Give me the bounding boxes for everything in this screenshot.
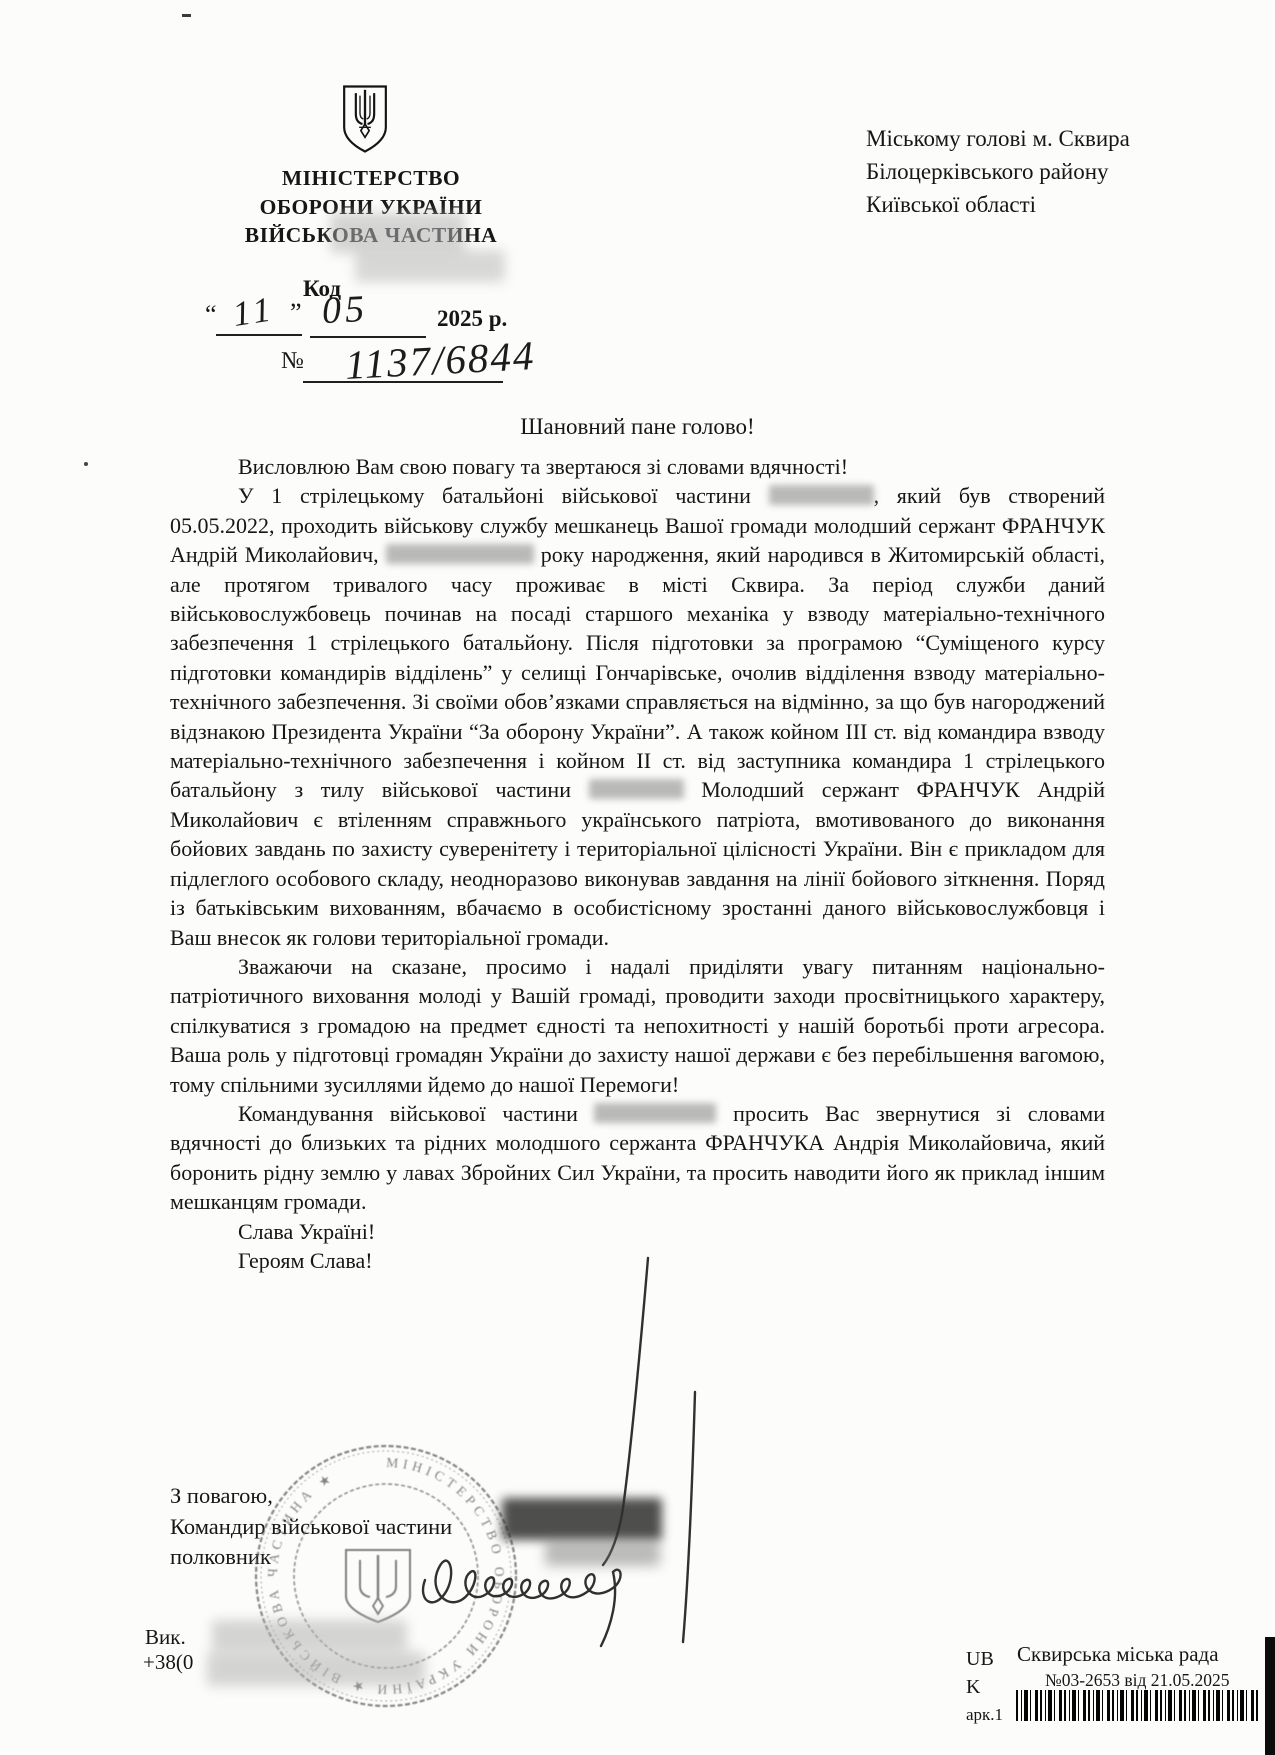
redaction-phone-number	[207, 1652, 425, 1686]
registration-number: №03-2653 від 21.05.2025	[1045, 1670, 1230, 1691]
body-text: Молодший сержант ФРАНЧУК Андрій Миколайо…	[170, 777, 1105, 949]
scanned-letter-page: МІНІСТЕРСТВО ОБОРОНИ УКРАЇНИ ВІЙСЬКОВА Ч…	[0, 0, 1275, 1755]
handwritten-signature	[395, 1250, 725, 1650]
salutation: Шановний пане голово!	[170, 414, 1105, 440]
body-text: Висловлюю Вам свою повагу та звертаюся з…	[238, 454, 848, 479]
body-text: Командування військової частини	[238, 1101, 578, 1126]
scan-speck	[182, 14, 191, 17]
redaction-box	[589, 779, 684, 799]
body-paragraph: Командування військової частини просить …	[170, 1099, 1105, 1217]
registration-code-line: K	[966, 1673, 1003, 1701]
redaction-box	[594, 1103, 716, 1123]
recipient-address: Міському голові м. Сквира Білоцерківсько…	[866, 122, 1130, 221]
closing-line: Слава Україні!	[170, 1217, 1105, 1246]
body-text: року народження, який народився в Житоми…	[170, 542, 1105, 802]
registration-codes: UB K арк.1	[966, 1645, 1003, 1729]
handwritten-month: 05	[321, 287, 369, 333]
redaction-executor-name	[212, 1620, 407, 1652]
org-line: МІНІСТЕРСТВО	[228, 164, 514, 193]
phone-line: +38(0	[143, 1650, 193, 1675]
scan-edge-artifact	[1265, 1637, 1275, 1755]
date-year: 2025 р.	[437, 306, 507, 332]
barcode	[1016, 1690, 1260, 1721]
redaction-code-smudge	[330, 213, 465, 253]
redaction-box	[769, 485, 874, 505]
body-text: У 1 стрілецькому батальйоні військової ч…	[238, 483, 751, 508]
redaction-code-value	[355, 250, 505, 282]
letter-body: Висловлюю Вам свою повагу та звертаюся з…	[170, 452, 1105, 1275]
body-paragraph: Зважаючи на сказане, просимо і надалі пр…	[170, 952, 1105, 1099]
number-label: №	[281, 348, 304, 375]
body-paragraph: Висловлюю Вам свою повагу та звертаюся з…	[170, 452, 1105, 481]
handwritten-day: 11	[230, 289, 278, 335]
scan-speck	[84, 462, 88, 466]
redaction-commander-name	[502, 1498, 662, 1540]
executor-label: Вик.	[145, 1625, 186, 1650]
recipient-line: Київської області	[866, 188, 1130, 221]
redaction-box	[386, 544, 534, 564]
registration-sheet-label: арк.1	[966, 1701, 1003, 1729]
date-underline	[216, 334, 302, 336]
trident-emblem-icon	[339, 84, 391, 154]
date-close-quote: ”	[290, 298, 302, 328]
recipient-line: Білоцерківського району	[866, 155, 1130, 188]
registration-org: Сквирська міська рада	[1017, 1642, 1219, 1667]
recipient-line: Міському голові м. Сквира	[866, 122, 1130, 155]
date-open-quote: “	[205, 300, 217, 330]
registration-code-line: UB	[966, 1645, 1003, 1673]
number-underline	[303, 381, 503, 383]
body-paragraph: У 1 стрілецькому батальйоні військової ч…	[170, 481, 1105, 952]
redaction-smudge	[545, 1540, 660, 1566]
